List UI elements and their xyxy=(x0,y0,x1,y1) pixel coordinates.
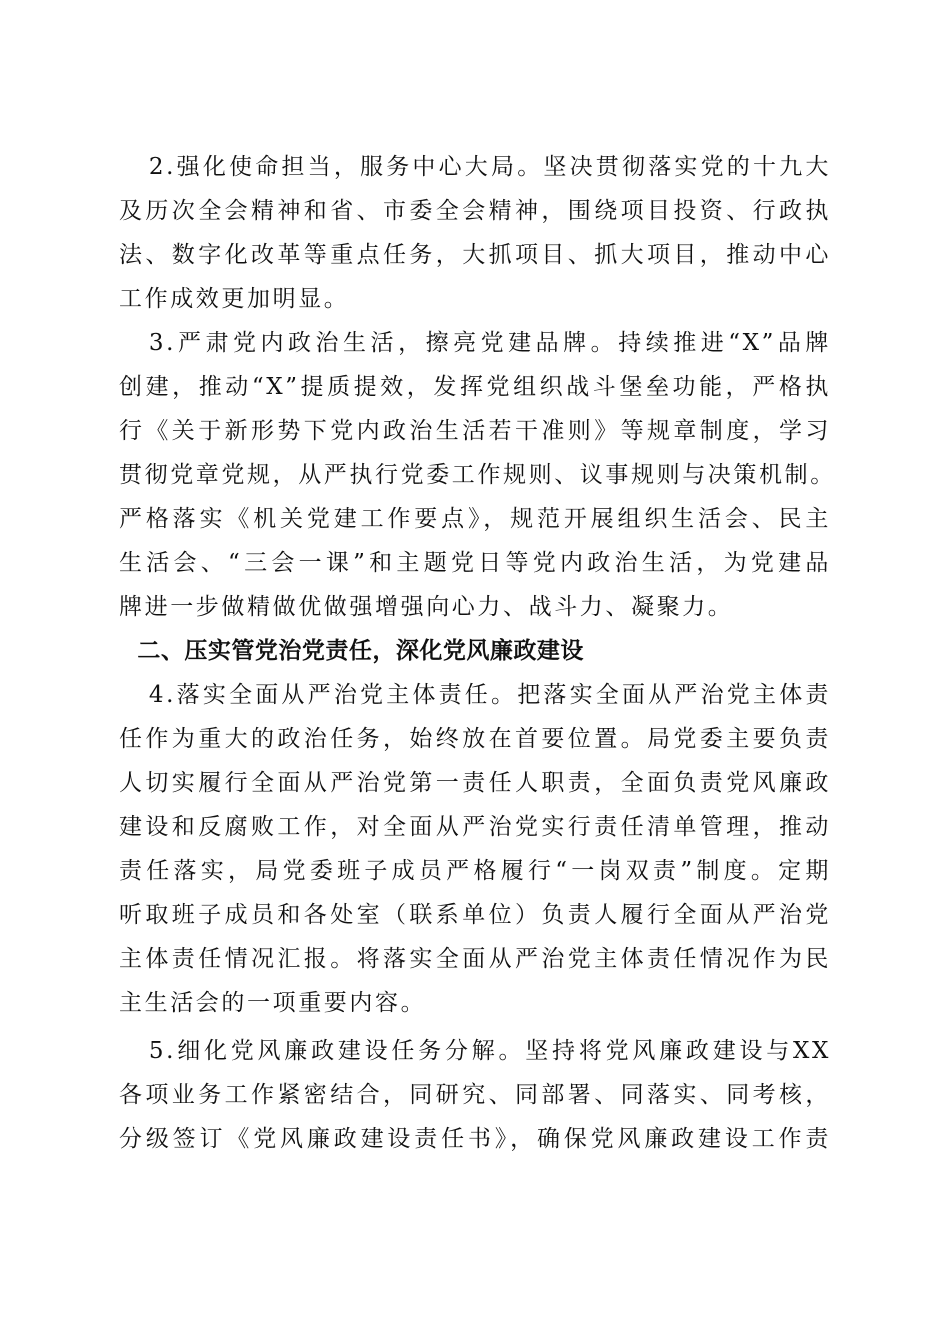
paragraph-5: 5.细化党风廉政建设任务分解。坚持将党风廉政建设与XX 各项业务工作紧密结合，同… xyxy=(119,1029,831,1161)
text-line: 及历次全会精神和省、市委全会精神，围绕项目投资、行政执 xyxy=(119,189,831,233)
text-line: 5.细化党风廉政建设任务分解。坚持将党风廉政建设与XX xyxy=(119,1029,831,1073)
paragraph-4: 4.落实全面从严治党主体责任。把落实全面从严治党主体责 任作为重大的政治任务，始… xyxy=(119,673,831,1025)
text-line: 听取班子成员和各处室（联系单位）负责人履行全面从严治党 xyxy=(119,893,831,937)
text-line: 行《关于新形势下党内政治生活若干准则》等规章制度，学习 xyxy=(119,409,831,453)
text-line: 2.强化使命担当，服务中心大局。坚决贯彻落实党的十九大 xyxy=(119,145,831,189)
text-line: 4.落实全面从严治党主体责任。把落实全面从严治党主体责 xyxy=(119,673,831,717)
text-line: 分级签订《党风廉政建设责任书》，确保党风廉政建设工作责 xyxy=(119,1117,831,1161)
text-line: 主生活会的一项重要内容。 xyxy=(119,981,831,1025)
text-line: 生活会、“三会一课”和主题党日等党内政治生活，为党建品 xyxy=(119,541,831,585)
paragraph-2: 2.强化使命担当，服务中心大局。坚决贯彻落实党的十九大 及历次全会精神和省、市委… xyxy=(119,145,831,321)
text-line: 各项业务工作紧密结合，同研究、同部署、同落实、同考核， xyxy=(119,1073,831,1117)
text-line: 牌进一步做精做优做强增强向心力、战斗力、凝聚力。 xyxy=(119,585,831,629)
text-line: 建设和反腐败工作，对全面从严治党实行责任清单管理，推动 xyxy=(119,805,831,849)
text-line: 人切实履行全面从严治党第一责任人职责，全面负责党风廉政 xyxy=(119,761,831,805)
text-line: 创建，推动“X”提质提效，发挥党组织战斗堡垒功能，严格执 xyxy=(119,365,831,409)
document-page: 2.强化使命担当，服务中心大局。坚决贯彻落实党的十九大 及历次全会精神和省、市委… xyxy=(119,145,831,1161)
text-line: 主体责任情况汇报。将落实全面从严治党主体责任情况作为民 xyxy=(119,937,831,981)
text-line: 严格落实《机关党建工作要点》，规范开展组织生活会、民主 xyxy=(119,497,831,541)
text-line: 责任落实，局党委班子成员严格履行“一岗双责”制度。定期 xyxy=(119,849,831,893)
text-line: 贯彻党章党规，从严执行党委工作规则、议事规则与决策机制。 xyxy=(119,453,831,497)
text-line: 任作为重大的政治任务，始终放在首要位置。局党委主要负责 xyxy=(119,717,831,761)
text-line: 3.严肃党内政治生活，擦亮党建品牌。持续推进“X”品牌 xyxy=(119,321,831,365)
text-line: 法、数字化改革等重点任务，大抓项目、抓大项目，推动中心 xyxy=(119,233,831,277)
paragraph-3: 3.严肃党内政治生活，擦亮党建品牌。持续推进“X”品牌 创建，推动“X”提质提效… xyxy=(119,321,831,629)
section-heading: 二、压实管党治党责任，深化党风廉政建设 xyxy=(119,629,831,673)
text-line: 工作成效更加明显。 xyxy=(119,277,831,321)
